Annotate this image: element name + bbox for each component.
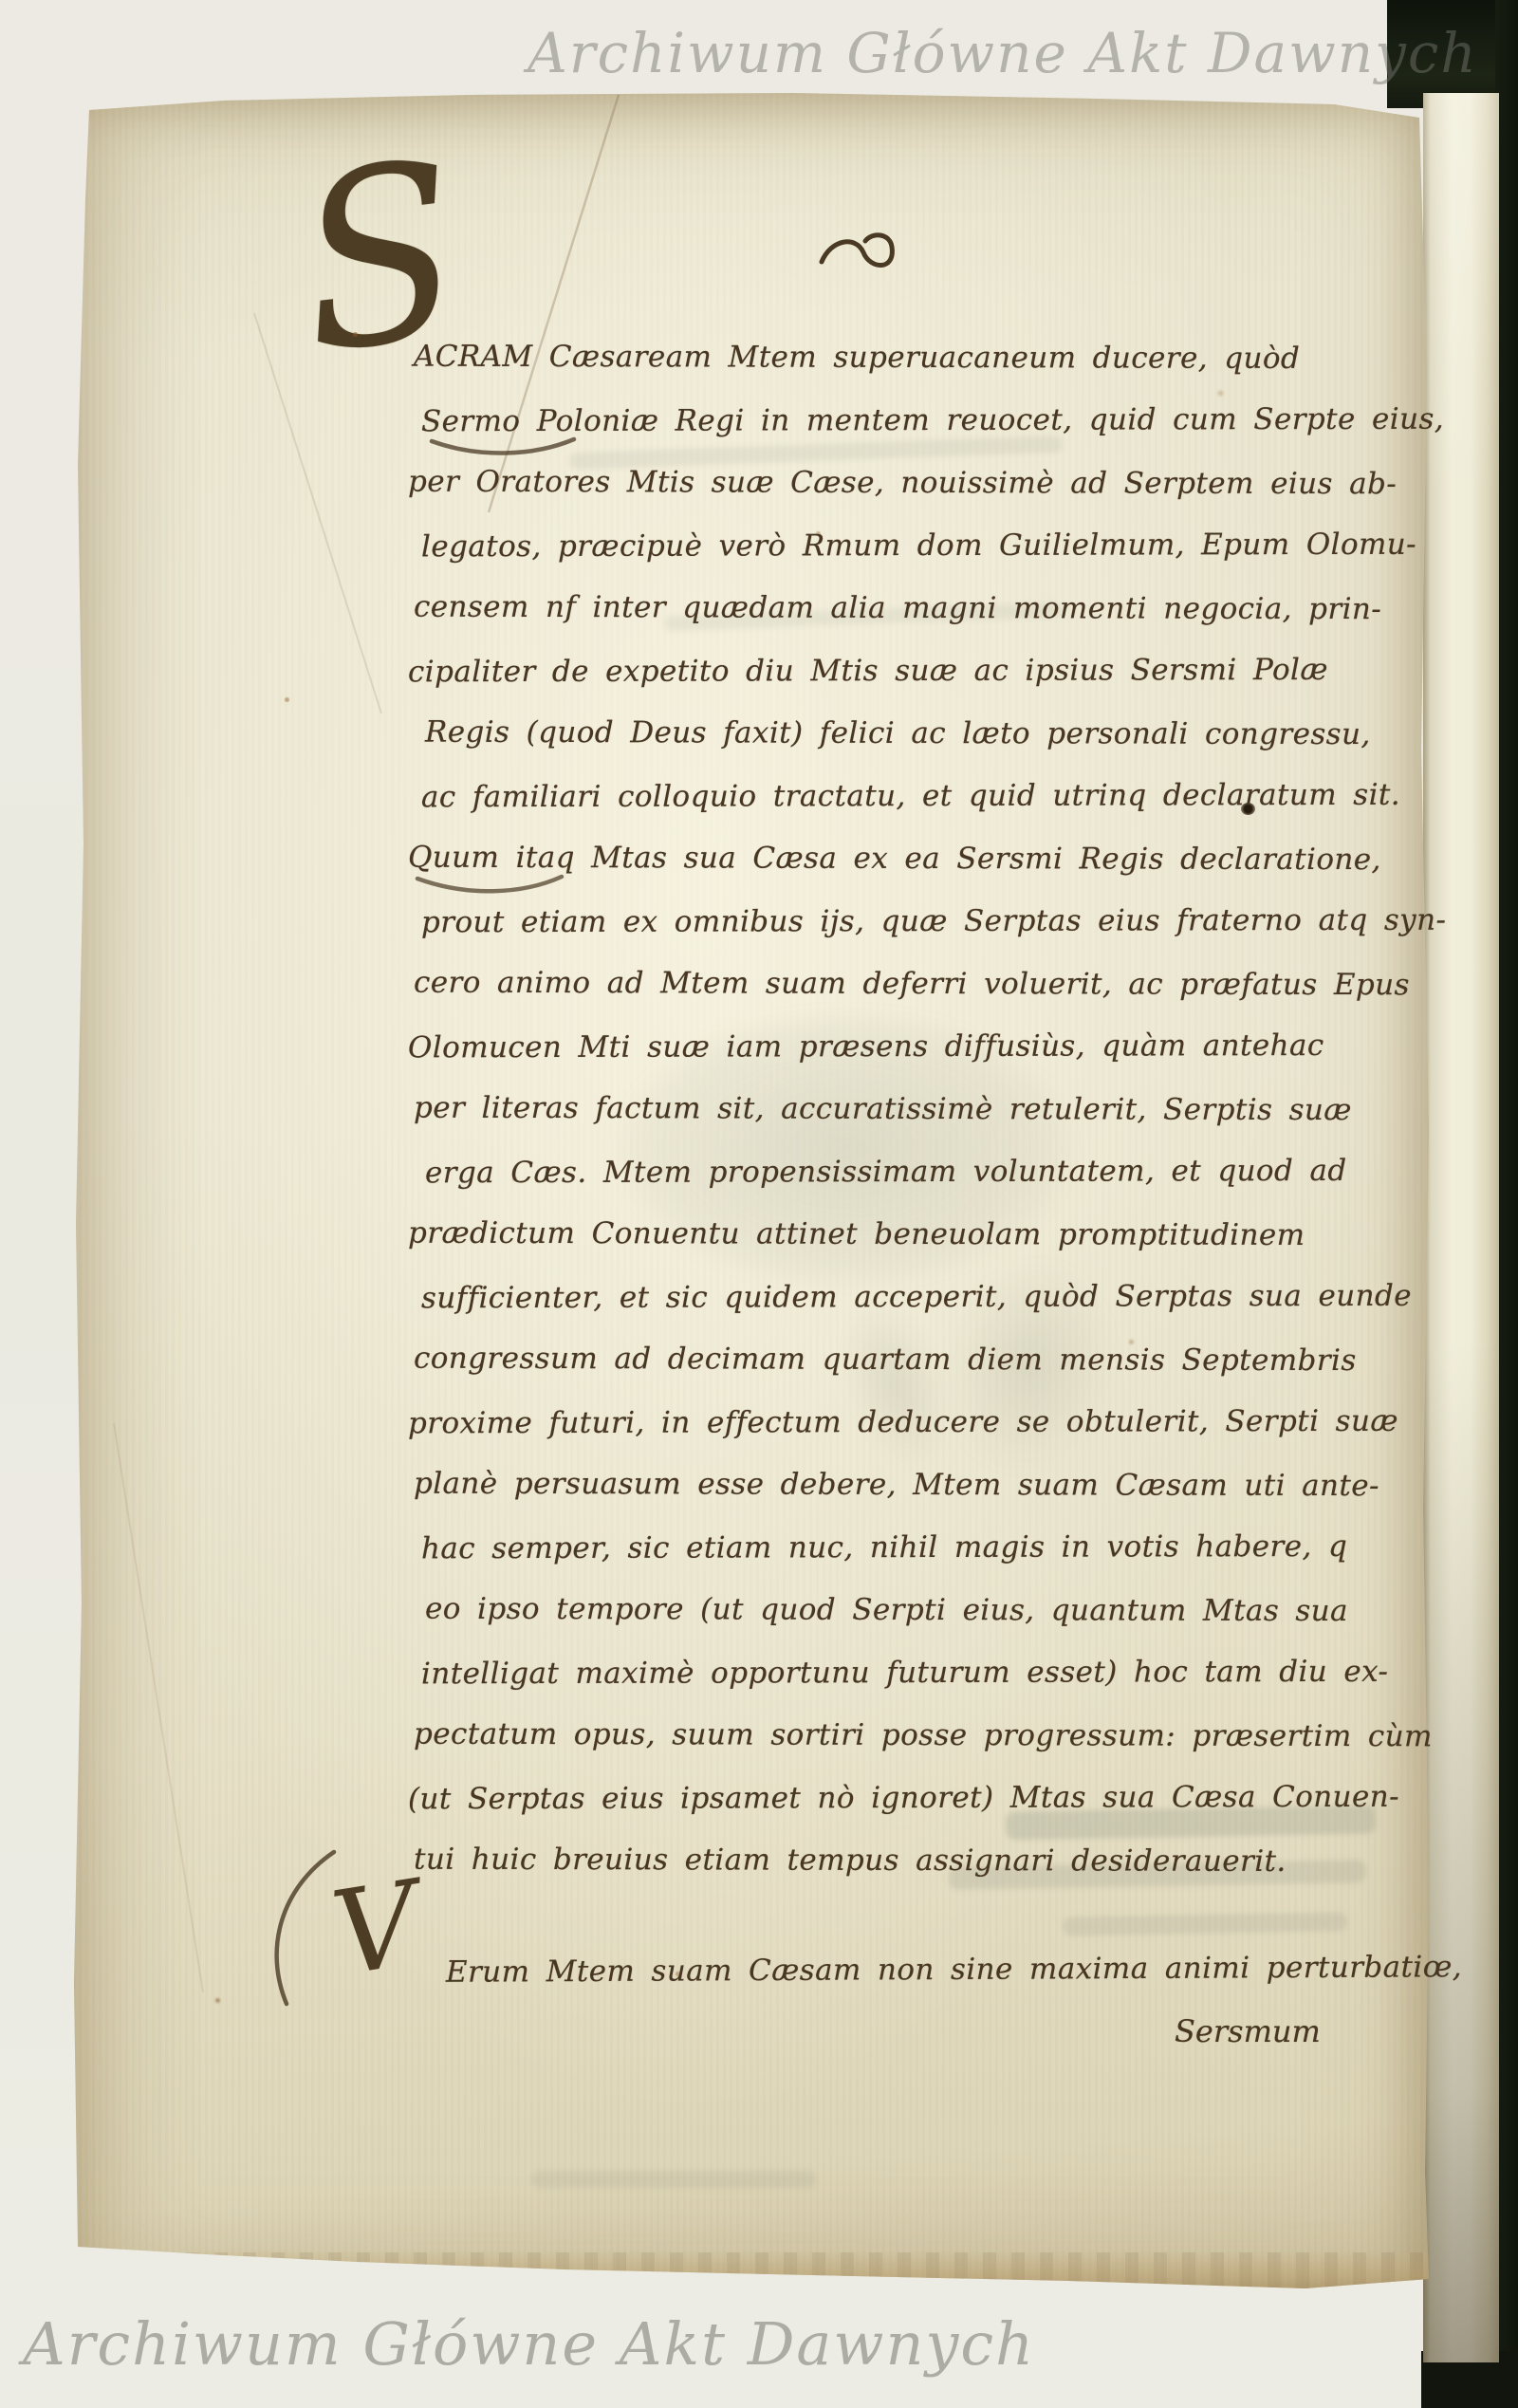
manuscript-line: per literas factum sit, accuratissimè re… [414, 1077, 1446, 1142]
manuscript-line: erga Cæs. Mtem propensissimam voluntatem… [425, 1139, 1446, 1205]
manuscript-line: Regis (quod Deus faxit) felici ac læto p… [425, 701, 1446, 767]
manuscript-line: Erum Mtem suam Cæsam non sine maxima ani… [446, 1950, 1462, 1990]
foxing-specks [353, 332, 358, 337]
archive-watermark-top: Archiwum Główne Akt Dawnych [528, 21, 1478, 85]
archive-watermark-bottom: Archiwum Główne Akt Dawnych [23, 2309, 1035, 2379]
manuscript-line: proxime futuri, in effectum deducere se … [408, 1390, 1446, 1455]
manuscript-line: congressum ad decimam quartam diem mensi… [414, 1327, 1446, 1393]
manuscript-line: hac semper, sic etiam nuc, nihil magis i… [421, 1515, 1446, 1581]
manuscript-line: legatos, præcipuè verò Rmum dom Guilielm… [421, 513, 1446, 579]
manuscript-line: ac familiari colloquio tractatu, et quid… [421, 764, 1446, 829]
manuscript-line: Sermo Poloniæ Regi in mentem reuocet, qu… [421, 388, 1446, 454]
manuscript-line: tui huic breuius etiam tempus assignari … [414, 1828, 1446, 1894]
manuscript-line: pectatum opus, suum sortiri posse progre… [414, 1703, 1446, 1769]
manuscript-line: prout etiam ex omnibus ijs, quæ Serptas … [421, 889, 1446, 954]
manuscript-line: ACRAM Cæsaream Mtem superuacaneum ducere… [414, 325, 1446, 391]
manuscript-line: Olomucen Mti suæ iam præsens diffusiùs, … [408, 1014, 1446, 1080]
manuscript-line: per Oratores Mtis suæ Cæse, nouissimè ad… [408, 451, 1446, 516]
manuscript-line: Quum itaq Mtas sua Cæsa ex ea Sersmi Reg… [408, 826, 1446, 892]
manuscript-line: prædictum Conuentu attinet beneuolam pro… [408, 1202, 1446, 1268]
manuscript-line: cero animo ad Mtem suam deferri voluerit… [414, 952, 1446, 1017]
manuscript-line: eo ipso tempore (ut quod Serpti eius, qu… [425, 1578, 1446, 1643]
catchword: Sersmum [1175, 2013, 1321, 2049]
manuscript-line: intelligat maximè opportunu futurum esse… [421, 1640, 1446, 1706]
manuscript-line: planè persuasum esse debere, Mtem suam C… [414, 1453, 1446, 1518]
manuscript-line: (ut Serptas eius ipsamet nò ignoret) Mta… [408, 1766, 1446, 1831]
manuscript-line: censem nf inter quædam alia magni moment… [414, 576, 1446, 641]
manuscript-text-block: ACRAM Cæsaream Mtem superuacaneum ducere… [406, 326, 1446, 1892]
manuscript-line: sufficienter, et sic quidem acceperit, q… [421, 1265, 1446, 1330]
scanned-manuscript-view: S ACRAM Cæsaream Mtem superuacaneum duce… [0, 0, 1518, 2408]
manuscript-line: cipaliter de expetito diu Mtis suæ ac ip… [408, 639, 1446, 704]
